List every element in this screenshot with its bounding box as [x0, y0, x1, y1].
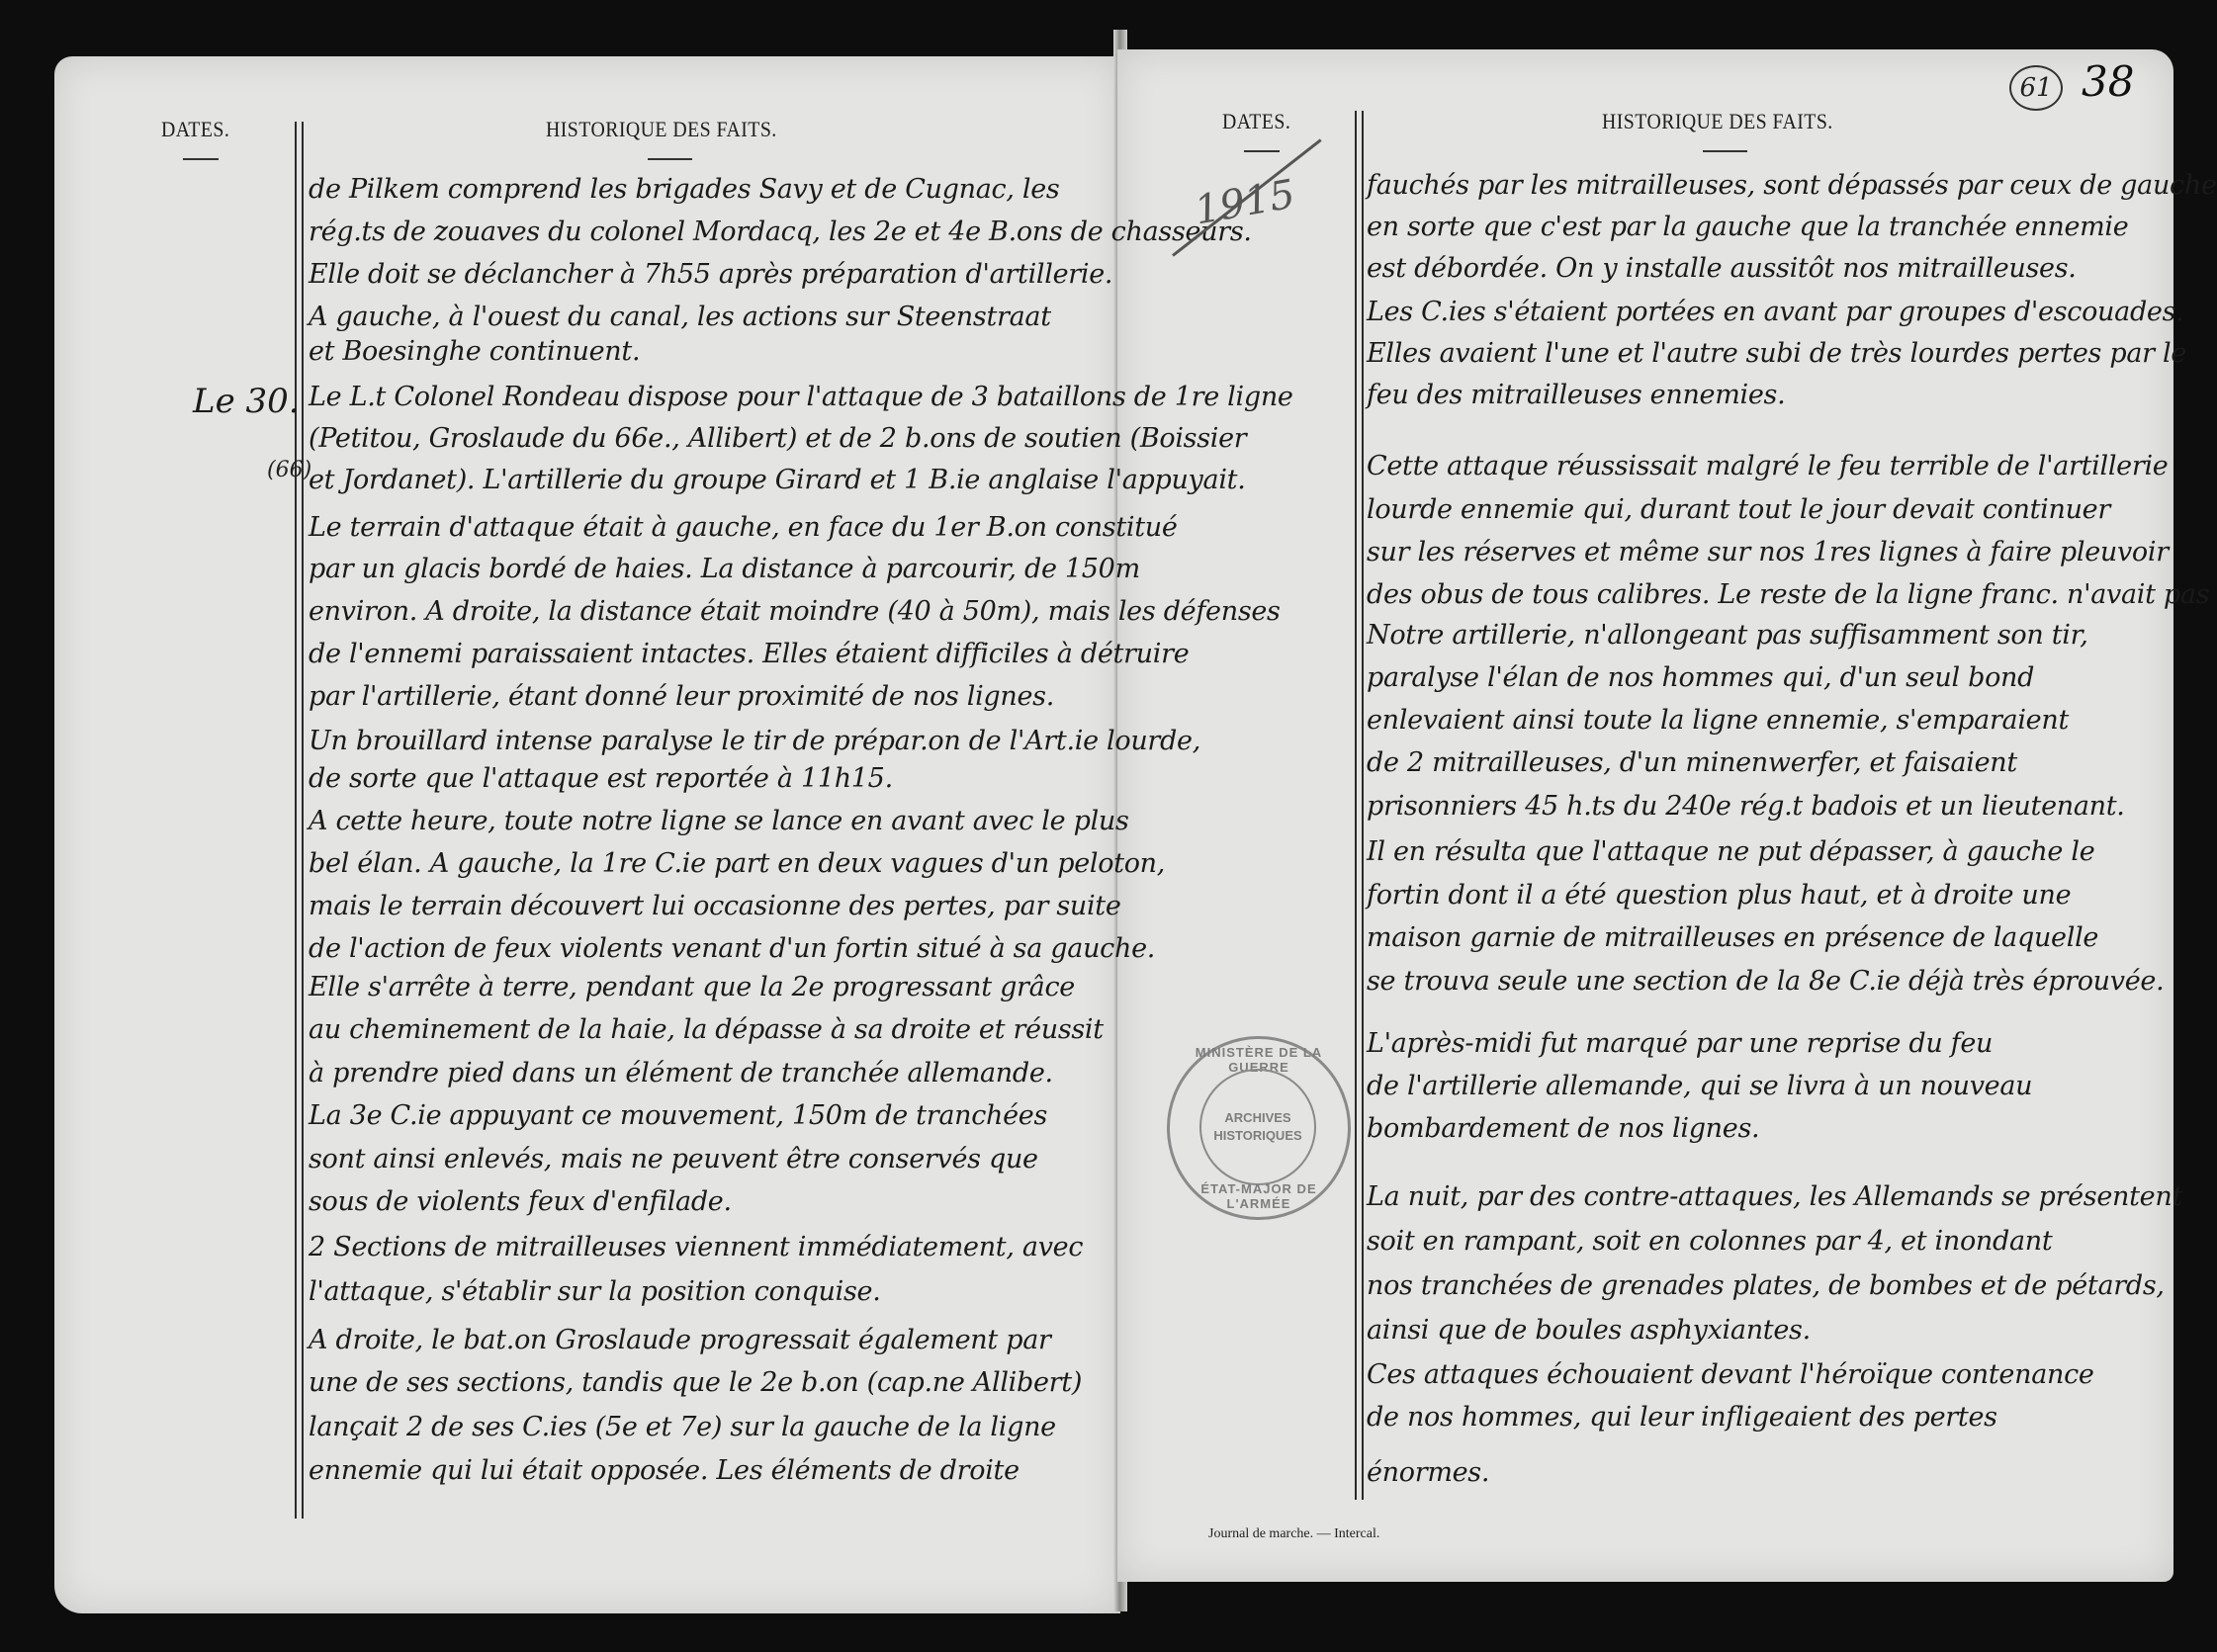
text-line: A droite, le bat.on Groslaude progressai…: [309, 1325, 1051, 1355]
text-line: (Petitou, Groslaude du 66e., Allibert) e…: [309, 423, 1246, 454]
text-line: rég.ts de zouaves du colonel Mordacq, le…: [309, 217, 1252, 247]
text-line: une de ses sections, tandis que le 2e b.…: [309, 1367, 1082, 1398]
stamp-inner-line2: HISTORIQUES: [1213, 1127, 1301, 1145]
right-column-divider: [1355, 111, 1357, 1500]
archives-stamp: MINISTÈRE DE LA GUERRE ARCHIVES HISTORIQ…: [1167, 1036, 1351, 1220]
text-line: prisonniers 45 h.ts du 240e rég.t badois…: [1367, 791, 2125, 822]
text-line: A gauche, à l'ouest du canal, les action…: [309, 302, 1051, 332]
text-line: enlevaient ainsi toute la ligne ennemie,…: [1367, 705, 2069, 736]
text-line: Le terrain d'attaque était à gauche, en …: [309, 512, 1178, 543]
right-facts-rule: [1703, 150, 1747, 152]
text-line: fortin dont il a été question plus haut,…: [1367, 880, 2071, 911]
text-line: La nuit, par des contre-attaques, les Al…: [1367, 1181, 2182, 1212]
left-dates-rule: [183, 158, 219, 160]
text-line: Elle doit se déclancher à 7h55 après pré…: [309, 259, 1112, 290]
text-line: se trouva seule une section de la 8e C.i…: [1367, 966, 2164, 997]
text-line: lançait 2 de ses C.ies (5e et 7e) sur la…: [309, 1412, 1056, 1442]
text-line: sur les réserves et même sur nos 1res li…: [1367, 537, 2169, 567]
text-line: de l'ennemi paraissaient intactes. Elles…: [309, 639, 1189, 669]
text-line: soit en rampant, soit en colonnes par 4,…: [1367, 1226, 2052, 1257]
text-line: 2 Sections de mitrailleuses viennent imm…: [309, 1232, 1083, 1262]
text-line: par l'artillerie, étant donné leur proxi…: [309, 681, 1054, 712]
text-line: de l'action de feux violents venant d'un…: [309, 933, 1155, 964]
printed-footer: Journal de marche. — Intercal.: [1208, 1526, 1379, 1542]
left-column-divider: [295, 122, 297, 1519]
text-line: est débordée. On y installe aussitôt nos…: [1367, 253, 2077, 284]
text-line: sont ainsi enlevés, mais ne peuvent être…: [309, 1144, 1038, 1174]
text-line: de l'artillerie allemande, qui se livra …: [1367, 1071, 2032, 1101]
text-line: l'attaque, s'établir sur la position con…: [309, 1276, 881, 1307]
text-line: lourde ennemie qui, durant tout le jour …: [1367, 494, 2110, 525]
text-line: de sorte que l'attaque est reportée à 11…: [309, 763, 893, 794]
text-line: ennemie qui lui était opposée. Les éléme…: [309, 1455, 1020, 1486]
text-line: A cette heure, toute notre ligne se lanc…: [309, 806, 1129, 836]
text-line: L'après-midi fut marqué par une reprise …: [1367, 1028, 1993, 1059]
text-line: sous de violents feux d'enfilade.: [309, 1186, 732, 1217]
date-entry-le-30: Le 30.: [193, 382, 300, 421]
text-line: et Jordanet). L'artillerie du groupe Gir…: [309, 465, 1245, 495]
folio-number: 38: [2082, 57, 2134, 106]
text-line: énormes.: [1367, 1457, 1489, 1488]
folio-circled-number: 61: [2009, 65, 2063, 111]
margin-note-66: (66): [267, 458, 311, 482]
text-line: Ces attaques échouaient devant l'héroïqu…: [1367, 1359, 2094, 1390]
right-dates-header: DATES.: [1222, 109, 1290, 134]
text-line: nos tranchées de grenades plates, de bom…: [1367, 1270, 2165, 1301]
text-line: paralyse l'élan de nos hommes qui, d'un …: [1367, 662, 2034, 693]
text-line: bel élan. A gauche, la 1re C.ie part en …: [309, 848, 1165, 879]
text-line: des obus de tous calibres. Le reste de l…: [1367, 579, 2217, 610]
text-line: maison garnie de mitrailleuses en présen…: [1367, 922, 2098, 953]
text-line: Cette attaque réussissait malgré le feu …: [1367, 451, 2168, 481]
right-facts-header: HISTORIQUE DES FAITS.: [1602, 109, 1833, 134]
left-facts-header: HISTORIQUE DES FAITS.: [546, 117, 777, 142]
text-line: Le L.t Colonel Rondeau dispose pour l'at…: [309, 382, 1293, 412]
text-line: par un glacis bordé de haies. La distanc…: [309, 554, 1140, 584]
text-line: ainsi que de boules asphyxiantes.: [1367, 1315, 1811, 1346]
text-line: Les C.ies s'étaient portées en avant par…: [1367, 297, 2183, 327]
text-line: fauchés par les mitrailleuses, sont dépa…: [1367, 170, 2217, 201]
text-line: de nos hommes, qui leur infligeaient des…: [1367, 1402, 1997, 1433]
text-line: de Pilkem comprend les brigades Savy et …: [309, 174, 1059, 205]
text-line: et Boesinghe continuent.: [309, 336, 640, 367]
text-line: Elles avaient l'une et l'autre subi de t…: [1367, 338, 2186, 369]
right-column-divider-2: [1362, 111, 1364, 1500]
text-line: Un brouillard intense paralyse le tir de…: [309, 726, 1200, 756]
stamp-inner-line1: ARCHIVES: [1224, 1109, 1290, 1127]
text-line: bombardement de nos lignes.: [1367, 1113, 1759, 1144]
text-line: en sorte que c'est par la gauche que la …: [1367, 212, 2128, 242]
left-column-divider-2: [302, 122, 304, 1519]
text-line: à prendre pied dans un élément de tranch…: [309, 1058, 1053, 1088]
text-line: Il en résulta que l'attaque ne put dépas…: [1367, 836, 2094, 867]
text-line: de 2 mitrailleuses, d'un minenwerfer, et…: [1367, 747, 2017, 778]
text-line: Notre artillerie, n'allongeant pas suffi…: [1367, 620, 2088, 651]
text-line: Elle s'arrête à terre, pendant que la 2e…: [309, 972, 1075, 1002]
stamp-inner-circle: ARCHIVES HISTORIQUES: [1199, 1069, 1316, 1185]
stamp-outer-bottom-text: ÉTAT-MAJOR DE L'ARMÉE: [1170, 1181, 1348, 1211]
text-line: mais le terrain découvert lui occasionne…: [309, 891, 1121, 921]
left-dates-header: DATES.: [161, 117, 229, 142]
text-line: environ. A droite, la distance était moi…: [309, 596, 1281, 627]
left-facts-rule: [648, 158, 692, 160]
text-line: La 3e C.ie appuyant ce mouvement, 150m d…: [309, 1100, 1047, 1131]
right-dates-rule: [1244, 150, 1280, 152]
text-line: au cheminement de la haie, la dépasse à …: [309, 1014, 1104, 1045]
text-line: feu des mitrailleuses ennemies.: [1367, 380, 1785, 410]
